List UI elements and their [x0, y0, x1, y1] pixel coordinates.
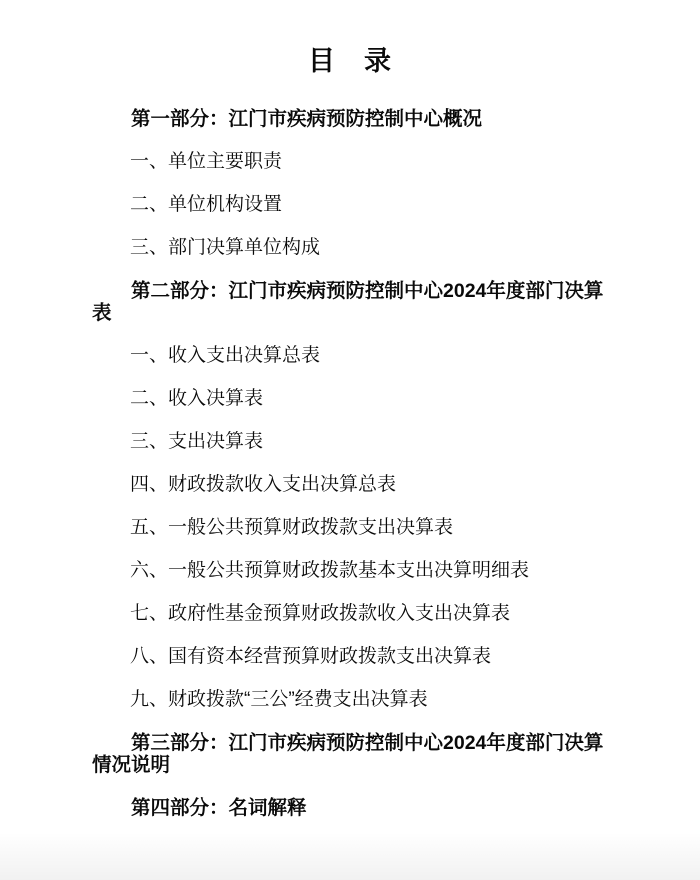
toc-part1-item-2: 二、单位机构设置: [92, 194, 608, 216]
toc-part3-heading: 第三部分：江门市疾病预防控制中心2024年度部门决算情况说明: [92, 732, 608, 776]
toc-part2-item-1: 一、收入支出决算总表: [92, 345, 608, 367]
toc-part2-item-4: 四、财政拨款收入支出决算总表: [92, 474, 608, 496]
toc-part2-item-6: 六、一般公共预算财政拨款基本支出决算明细表: [92, 560, 608, 582]
page-bottom-shadow: [0, 832, 700, 880]
toc-part2-item-9: 九、财政拨款“三公”经费支出决算表: [92, 689, 608, 711]
toc-part1-item-3: 三、部门决算单位构成: [92, 237, 608, 259]
toc-part4-heading: 第四部分：名词解释: [92, 797, 608, 819]
toc-part2-item-7: 七、政府性基金预算财政拨款收入支出决算表: [92, 603, 608, 625]
toc-part2-item-5: 五、一般公共预算财政拨款支出决算表: [92, 517, 608, 539]
toc-part2-heading: 第二部分：江门市疾病预防控制中心2024年度部门决算表: [92, 280, 608, 324]
toc-part2-item-2: 二、收入决算表: [92, 388, 608, 410]
document-page: 目 录 第一部分：江门市疾病预防控制中心概况 一、单位主要职责 二、单位机构设置…: [0, 0, 700, 880]
toc-part2-item-8: 八、国有资本经营预算财政拨款支出决算表: [92, 646, 608, 668]
toc-part2-item-3: 三、支出决算表: [92, 431, 608, 453]
toc-part1-heading: 第一部分：江门市疾病预防控制中心概况: [92, 108, 608, 130]
toc-part1-item-1: 一、单位主要职责: [92, 151, 608, 173]
document-title: 目 录: [92, 44, 608, 78]
